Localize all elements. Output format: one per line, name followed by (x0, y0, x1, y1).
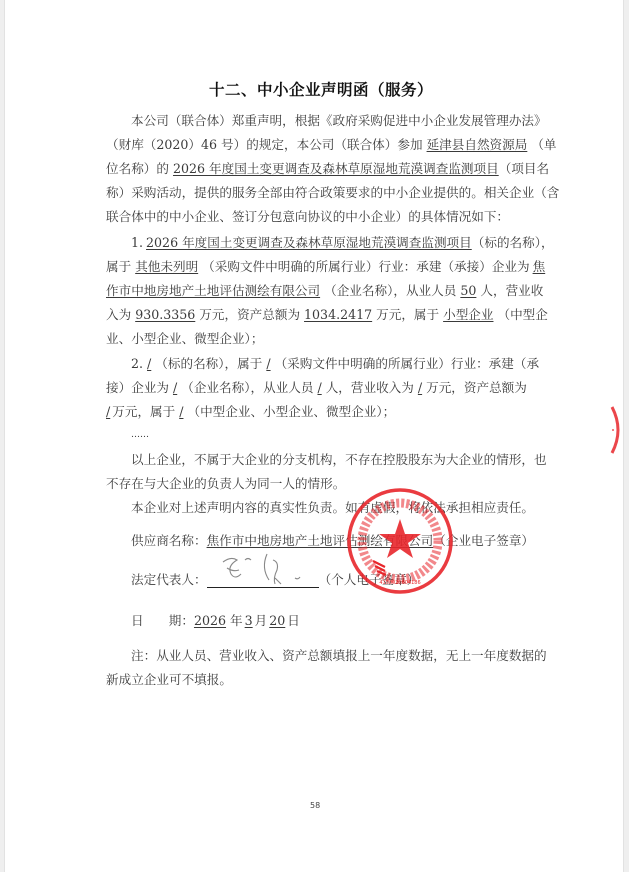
item-1-line: 1.2026 年度国土变更调查及森林草原湿地荒漠调查监测项目（标的名称）， (131, 235, 554, 251)
ellipsis: …… (131, 427, 149, 443)
item-2-line: 2./（标的名称），属于/（采购文件中明确的所属行业）行业：承建（承 (131, 356, 539, 372)
text: （采购文件中明确的所属行业）行业：承建（承接）企业为 (202, 259, 529, 274)
text: 属于 (106, 259, 131, 274)
text: （财库（2020）46 号）的规定，本公司（联合体）参加 (106, 137, 423, 152)
blank-field: / (173, 380, 177, 395)
text: 年 (230, 613, 243, 628)
note-line: 新成立企业可不填报。 (106, 672, 232, 688)
legal-rep-label: 法定代表人： (131, 572, 207, 587)
item-1-line: 作市中地房地产土地评估测绘有限公司 （企业名称），从业人员50人，营业收 (106, 283, 543, 299)
text: 人，营业收 (480, 283, 543, 298)
industry: 其他未列明 (135, 259, 198, 274)
note-line: 注：从业人员、营业收入、资产总额填报上一年度数据，无上一年度数据的 (131, 648, 547, 664)
subject-name: 2026 年度国土变更调查及森林草原湿地荒漠调查监测项目 (146, 235, 472, 250)
text: 接）企业为 (106, 380, 169, 395)
total-assets: 1034.2417 (304, 307, 372, 322)
date-month: 3 (245, 613, 253, 628)
text: （企业名称），从业人员 (324, 283, 456, 298)
supplier-line: 供应商名称：焦作市中地房地产土地评估测绘有限公司（企业电子签章） (131, 533, 534, 549)
paragraph-line: 本企业对上述声明内容的真实性负责。如有虚假，将依法承担相应责任。 (131, 500, 534, 516)
text: （标的名称），属于 (155, 356, 262, 371)
text: 月 (255, 613, 268, 628)
revenue: 930.3356 (135, 307, 195, 322)
text: 2. (131, 356, 143, 371)
text: （采购文件中明确的所属行业）行业：承建（承 (275, 356, 539, 371)
paragraph-line: 联合体中的中小企业、签订分包意向协议的中小企业）的具体情况如下： (106, 209, 509, 225)
text: 万元，资产总额为 (426, 380, 527, 395)
page-seam-seal-fragment (610, 405, 624, 455)
page-title: 十二、中小企业声明函（服务） (106, 78, 536, 100)
blank-field: / (179, 404, 183, 419)
text: 新成立企业可不填报。 (106, 672, 232, 687)
text: 以上企业，不属于大企业的分支机构，不存在控股股东为大企业的情形，也 (131, 452, 547, 467)
page-number: 58 (310, 801, 320, 810)
blank-field: / (147, 356, 151, 371)
paragraph-line: 称）采购活动，提供的服务全部由符合政策要求的中小企业提供的。相关企业（含 (106, 185, 559, 201)
company-name: 作市中地房地产土地评估测绘有限公司 (106, 283, 320, 298)
date-year: 2026 (194, 613, 226, 628)
blank-field: / (266, 356, 270, 371)
text: 本企业对上述声明内容的真实性负责。如有虚假，将依法承担相应责任。 (131, 500, 534, 515)
staff-count: 50 (460, 283, 476, 298)
paragraph-line: 本公司（联合体）郑重声明，根据《政府采购促进中小企业发展管理办法》 (131, 113, 547, 129)
svg-text:4108020604186: 4108020604186 (379, 580, 420, 586)
paragraph-line: （财库（2020）46 号）的规定，本公司（联合体）参加延津县自然资源局（单 (106, 137, 557, 153)
blank-field: / (317, 380, 321, 395)
text: 业、小型企业、微型企业）； (106, 331, 263, 346)
paragraph-line: 位名称）的 2026 年度国土变更调查及森林草原湿地荒漠调查监测项目（项目名 (106, 161, 549, 177)
text: 注：从业人员、营业收入、资产总额填报上一年度数据，无上一年度数据的 (131, 648, 547, 663)
text: 不存在与大企业的负责人为同一人的情形。 (106, 476, 345, 491)
project-name: 2026 年度国土变更调查及森林草原湿地荒漠调查监测项目 (173, 161, 499, 176)
text: （中型企 (497, 307, 547, 322)
text: 本公司（联合体）郑重声明，根据《政府采购促进中小企业发展管理办法》 (131, 113, 547, 128)
paragraph-line: 以上企业，不属于大企业的分支机构，不存在控股股东为大企业的情形，也 (131, 452, 547, 468)
item-2-line: 接）企业为/（企业名称），从业人员/人，营业收入为/万元，资产总额为 (106, 380, 527, 396)
item-1-line: 属于其他未列明（采购文件中明确的所属行业）行业：承建（承接）企业为焦 (106, 259, 545, 275)
date-label: 日 期： (131, 613, 194, 628)
enterprise-type: 小型企业 (443, 307, 493, 322)
text: 入为 (106, 307, 131, 322)
document-page: 十二、中小企业声明函（服务） 本公司（联合体）郑重声明，根据《政府采购促进中小企… (4, 0, 624, 872)
text: 人，营业收入为 (326, 380, 414, 395)
buyer-name: 延津县自然资源局 (427, 137, 528, 152)
item-1-line: 业、小型企业、微型企业）； (106, 331, 263, 347)
paragraph-line: 不存在与大企业的负责人为同一人的情形。 (106, 476, 345, 492)
text: 万元，属于 (376, 307, 439, 322)
text: （单 (531, 137, 556, 152)
supplier-label: 供应商名称： (131, 533, 207, 548)
text: 联合体中的中小企业、签订分包意向协议的中小企业）的具体情况如下： (106, 209, 509, 224)
date-day: 20 (269, 613, 285, 628)
text: （企业名称），从业人员 (181, 380, 313, 395)
company-seal-stamp: 4108020604186 (345, 486, 455, 596)
text: （中型企业、小型企业、微型企业）； (187, 404, 395, 419)
text: 日 (287, 613, 300, 628)
blank-field: / (106, 404, 110, 419)
text: （项目名 (499, 161, 549, 176)
handwritten-signature (215, 548, 325, 588)
text: 称）采购活动，提供的服务全部由符合政策要求的中小企业提供的。相关企业（含 (106, 185, 559, 200)
text: 万元，资产总额为 (199, 307, 300, 322)
text: 1. (131, 235, 143, 250)
text: 位名称）的 (106, 161, 169, 176)
date-line: 日 期：2026 年3月20日 (131, 613, 300, 629)
blank-field: / (418, 380, 422, 395)
company-name: 焦 (533, 259, 546, 274)
item-2-line: /万元，属于/（中型企业、小型企业、微型企业）； (106, 404, 395, 420)
text: （标的名称）， (472, 235, 554, 250)
item-1-line: 入为930.3356万元，资产总额为1034.2417万元，属于小型企业（中型企 (106, 307, 548, 323)
text: 万元，属于 (112, 404, 175, 419)
